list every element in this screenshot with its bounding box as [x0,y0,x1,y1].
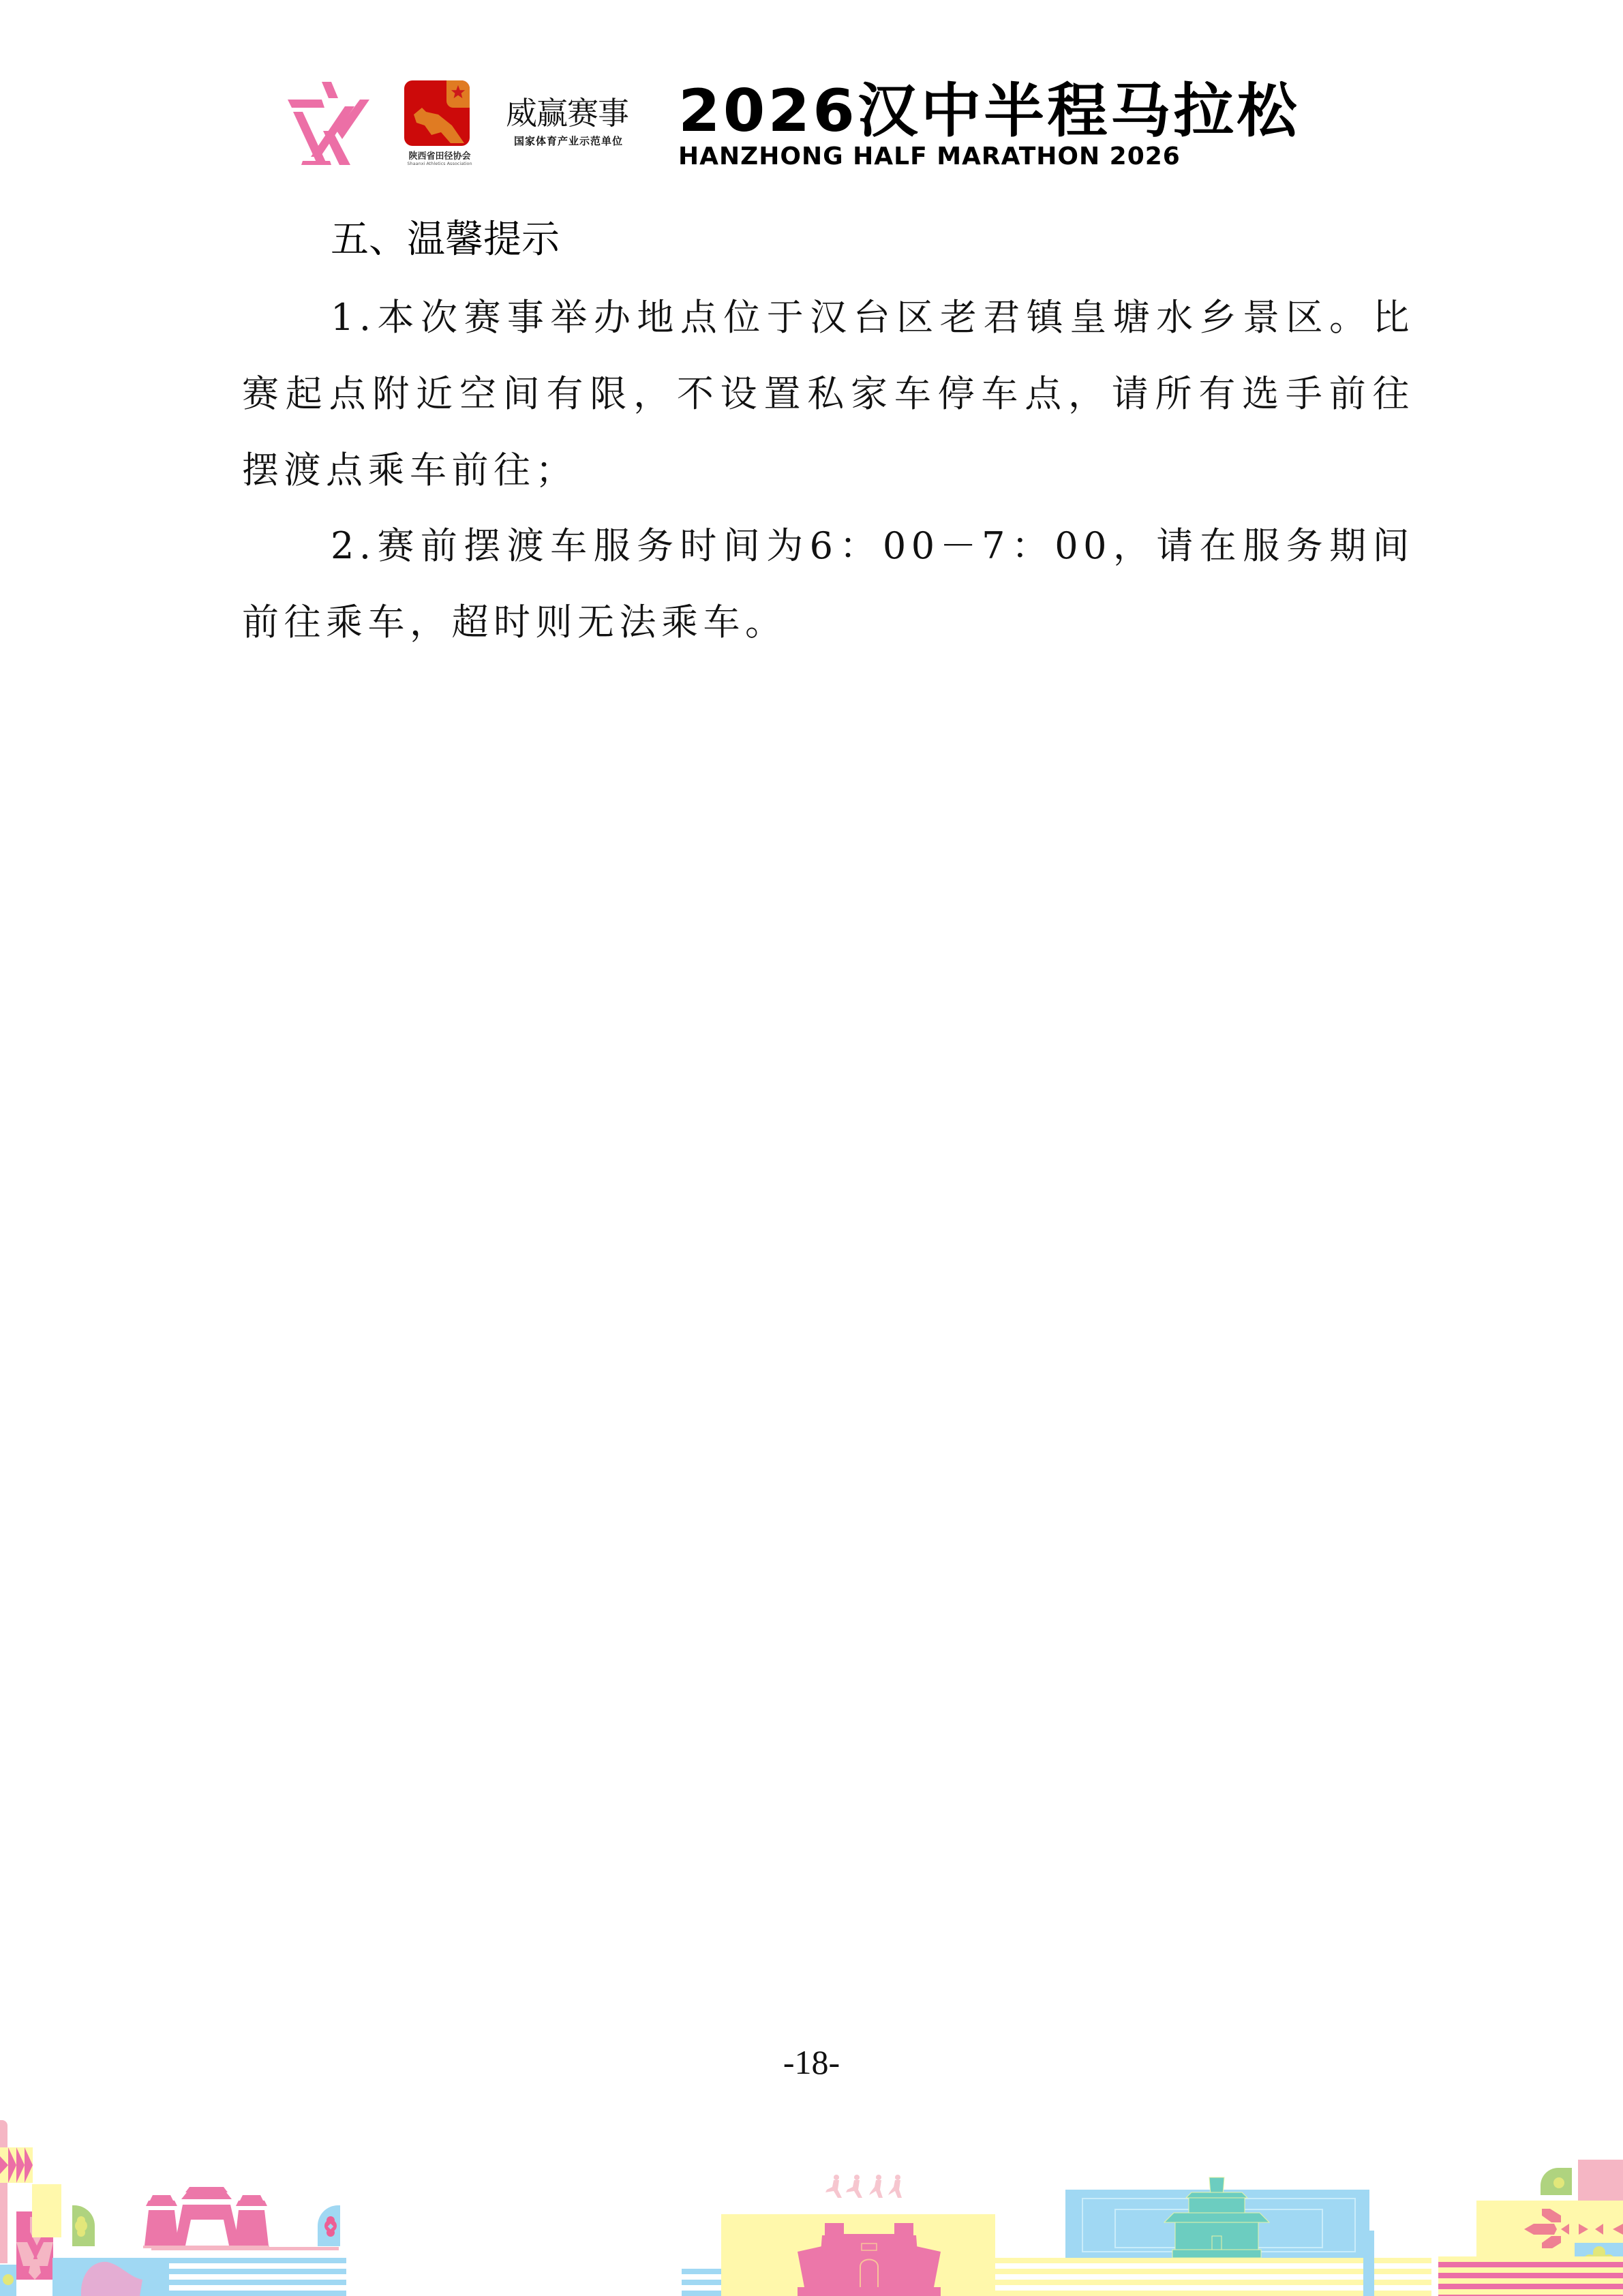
paragraph-2: 2.赛前摆渡车服务时间为6：00－7：00，请在服务期间前往乘车，超时则无法乘车… [242,508,1414,661]
decor-block-blue [0,2265,16,2296]
paragraph-1: 1.本次赛事举办地点位于汉台区老君镇皇塘水乡景区。比赛起点附近空间有限，不设置私… [242,280,1414,509]
section-heading: 五、温馨提示 [331,213,560,267]
decor-strip-blue-right [1363,2231,1374,2296]
arrow-pattern-icon [1524,2207,1623,2248]
shaanxi-logo-label-en: Shaanxi Athletics Association [399,161,481,166]
flower-icon [318,2205,340,2246]
event-title-cn: 2026汉中半程马拉松 [678,80,1359,142]
decor-block-blue-wide [52,2258,169,2296]
event-title-en: HANZHONG HALF MARATHON 2026 [678,143,1339,170]
shaanxi-athletics-logo: 陕西省田径协会 Shaanxi Athletics Association [399,80,487,172]
shaanxi-logo-label: 陕西省田径协会 [399,149,481,162]
weiying-logo-text: 威赢赛事 [506,95,656,131]
flower-icon [1541,2168,1572,2195]
decorative-footer [0,2086,1623,2296]
weiying-logo: 威赢赛事 国家体育产业示范单位 [506,95,656,157]
weiying-logo-subtitle: 国家体育产业示范单位 [506,134,656,148]
star-icon [451,85,466,100]
athlete-emblem-icon [404,80,470,146]
pavilion-illustration [1145,2175,1288,2259]
decor-stripes-blue-2 [682,2269,721,2296]
city-gate-illustration [143,2187,269,2248]
decor-stripes-pink [1438,2256,1623,2296]
flower-icon [72,2205,95,2246]
runners-icon [821,2175,910,2199]
decor-stripes-blue [169,2258,346,2296]
flower-tile-green [72,2205,95,2246]
chevron-pattern-icon [0,2147,33,2183]
fortress-gate-illustration [798,2219,941,2296]
decor-baseline [151,2247,339,2250]
page-number: -18- [0,2042,1623,2083]
event-title: 2026汉中半程马拉松 HANZHONG HALF MARATHON 2026 [678,80,1339,176]
decor-strip [0,2120,7,2263]
flower-tile-blue [318,2205,340,2246]
flower-tile-green-right [1541,2168,1572,2195]
decor-block-yellow [32,2184,61,2237]
wen-logo-icon [279,80,375,169]
page-header: 陕西省田径协会 Shaanxi Athletics Association 威赢… [0,0,1623,184]
